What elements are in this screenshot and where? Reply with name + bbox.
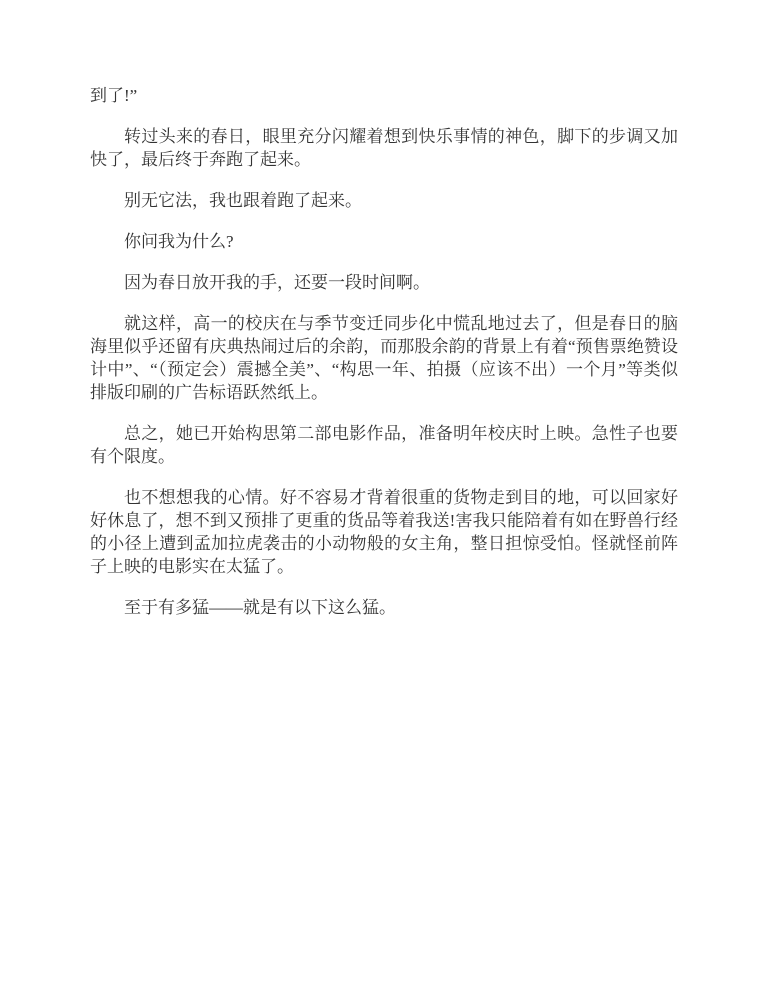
paragraph: 你问我为什么? — [90, 230, 678, 253]
document-page: 到了!”转过头来的春日，眼里充分闪耀着想到快乐事情的神色，脚下的步调又加快了，最… — [0, 0, 765, 990]
paragraph: 别无它法，我也跟着跑了起来。 — [90, 189, 678, 212]
paragraph: 转过头来的春日，眼里充分闪耀着想到快乐事情的神色，脚下的步调又加快了，最后终于奔… — [90, 125, 678, 171]
paragraph: 到了!” — [90, 84, 678, 107]
paragraph: 因为春日放开我的手，还要一段时间啊。 — [90, 271, 678, 294]
paragraph: 也不想想我的心情。好不容易才背着很重的货物走到目的地，可以回家好好休息了，想不到… — [90, 486, 678, 578]
paragraph: 就这样，高一的校庆在与季节变迁同步化中慌乱地过去了，但是春日的脑海里似乎还留有庆… — [90, 312, 678, 404]
paragraph: 总之，她已开始构思第二部电影作品，准备明年校庆时上映。急性子也要有个限度。 — [90, 422, 678, 468]
paragraph: 至于有多猛——就是有以下这么猛。 — [90, 596, 678, 619]
text-block: 到了!”转过头来的春日，眼里充分闪耀着想到快乐事情的神色，脚下的步调又加快了，最… — [90, 84, 678, 637]
